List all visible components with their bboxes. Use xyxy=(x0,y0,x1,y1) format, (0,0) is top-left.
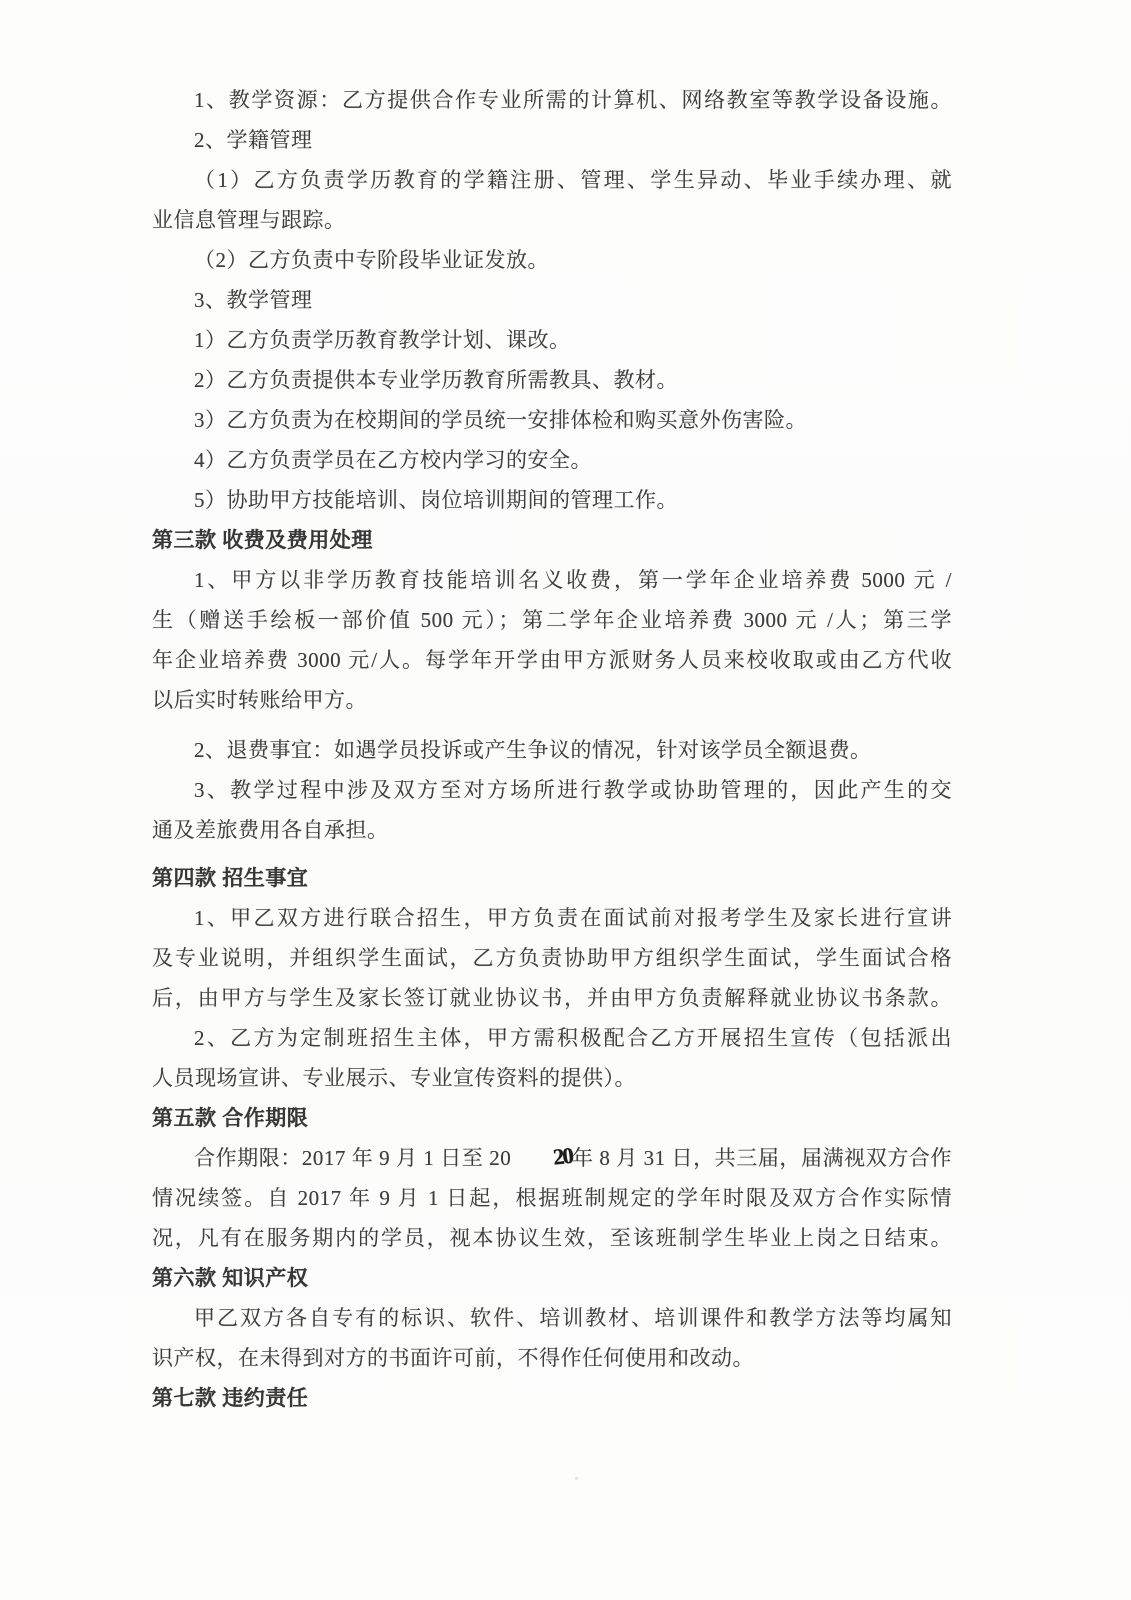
term-text-prefix: 合作期限：2017 年 9 月 1 日至 20 xyxy=(194,1146,511,1170)
section-heading-breach: 第七款 违约责任 xyxy=(152,1378,952,1418)
contract-line: 5）协助甲方技能培训、岗位培训期间的管理工作。 xyxy=(152,480,952,520)
contract-body: 1、教学资源：乙方提供合作专业所需的计算机、网络教室等教学设备设施。 2、学籍管… xyxy=(152,80,952,1418)
section-heading-fees: 第三款 收费及费用处理 xyxy=(152,520,952,560)
section-heading-term: 第五款 合作期限 xyxy=(152,1098,952,1138)
contract-line: 况，凡有在服务期内的学员，视本协议生效，至该班制学生毕业上岗之日结束。 xyxy=(152,1218,952,1258)
contract-line: 识产权，在未得到对方的书面许可前，不得作任何使用和改动。 xyxy=(152,1338,952,1378)
contract-line: 后，由甲方与学生及家长签订就业协议书，并由甲方负责解释就业协议书条款。 xyxy=(152,978,952,1018)
contract-line: 3）乙方负责为在校期间的学员统一安排体检和购买意外伤害险。 xyxy=(152,400,952,440)
contract-line: （1）乙方负责学历教育的学籍注册、管理、学生异动、毕业手续办理、就 xyxy=(152,160,952,200)
contract-line: 1、甲方以非学历教育技能培训名义收费，第一学年企业培养费 5000 元 / xyxy=(152,560,952,600)
contract-line: 1）乙方负责学历教育教学计划、课改。 xyxy=(152,320,952,360)
scan-speck xyxy=(575,1477,578,1480)
contract-line: 及专业说明，并组织学生面试，乙方负责协助甲方组织学生面试，学生面试合格 xyxy=(152,938,952,978)
contract-line: 人员现场宣讲、专业展示、专业宣传资料的提供）。 xyxy=(152,1058,952,1098)
contract-line: 3、教学过程中涉及双方至对方场所进行教学或协助管理的，因此产生的交 xyxy=(152,770,952,810)
contract-line: 3、教学管理 xyxy=(152,280,952,320)
contract-line: 甲乙双方各自专有的标识、软件、培训教材、培训课件和教学方法等均属知 xyxy=(152,1298,952,1338)
section-heading-ip: 第六款 知识产权 xyxy=(152,1258,952,1298)
contract-line: 情况续签。自 2017 年 9 月 1 日起，根据班制规定的学年时限及双方合作实… xyxy=(152,1178,952,1218)
contract-line: 1、教学资源：乙方提供合作专业所需的计算机、网络教室等教学设备设施。 xyxy=(152,80,952,120)
contract-line: 2、乙方为定制班招生主体，甲方需积极配合乙方开展招生宣传（包括派出 xyxy=(152,1018,952,1058)
contract-line: 4）乙方负责学员在乙方校内学习的安全。 xyxy=(152,440,952,480)
section-heading-recruitment: 第四款 招生事宜 xyxy=(152,858,952,898)
contract-line: 2）乙方负责提供本专业学历教育所需教具、教材。 xyxy=(152,360,952,400)
cooperation-term-line: 合作期限：2017 年 9 月 1 日至 2020年 8 月 31 日，共三届，… xyxy=(152,1138,952,1178)
contract-line: 生（赠送手绘板一部价值 500 元）；第二学年企业培养费 3000 元 /人；第… xyxy=(152,600,952,640)
contract-line: 2、学籍管理 xyxy=(152,120,952,160)
contract-line: 年企业培养费 3000 元/人。每学年开学由甲方派财务人员来校收取或由乙方代收 xyxy=(152,640,952,680)
contract-line: 以后实时转账给甲方。 xyxy=(152,680,952,720)
contract-line: 2、退费事宜：如遇学员投诉或产生争议的情况，针对该学员全额退费。 xyxy=(152,730,952,770)
contract-line: （2）乙方负责中专阶段毕业证发放。 xyxy=(152,240,952,280)
contract-line: 1、甲乙双方进行联合招生，甲方负责在面试前对报考学生及家长进行宣讲 xyxy=(152,898,952,938)
scanned-contract-page: 1、教学资源：乙方提供合作专业所需的计算机、网络教室等教学设备设施。 2、学籍管… xyxy=(0,0,1131,1600)
term-text-suffix: 年 8 月 31 日，共三届，届满视双方合作 xyxy=(572,1146,952,1170)
contract-line: 通及差旅费用各自承担。 xyxy=(152,810,952,850)
handwritten-year-correction: 20 xyxy=(509,1136,574,1182)
contract-line: 业信息管理与跟踪。 xyxy=(152,200,952,240)
